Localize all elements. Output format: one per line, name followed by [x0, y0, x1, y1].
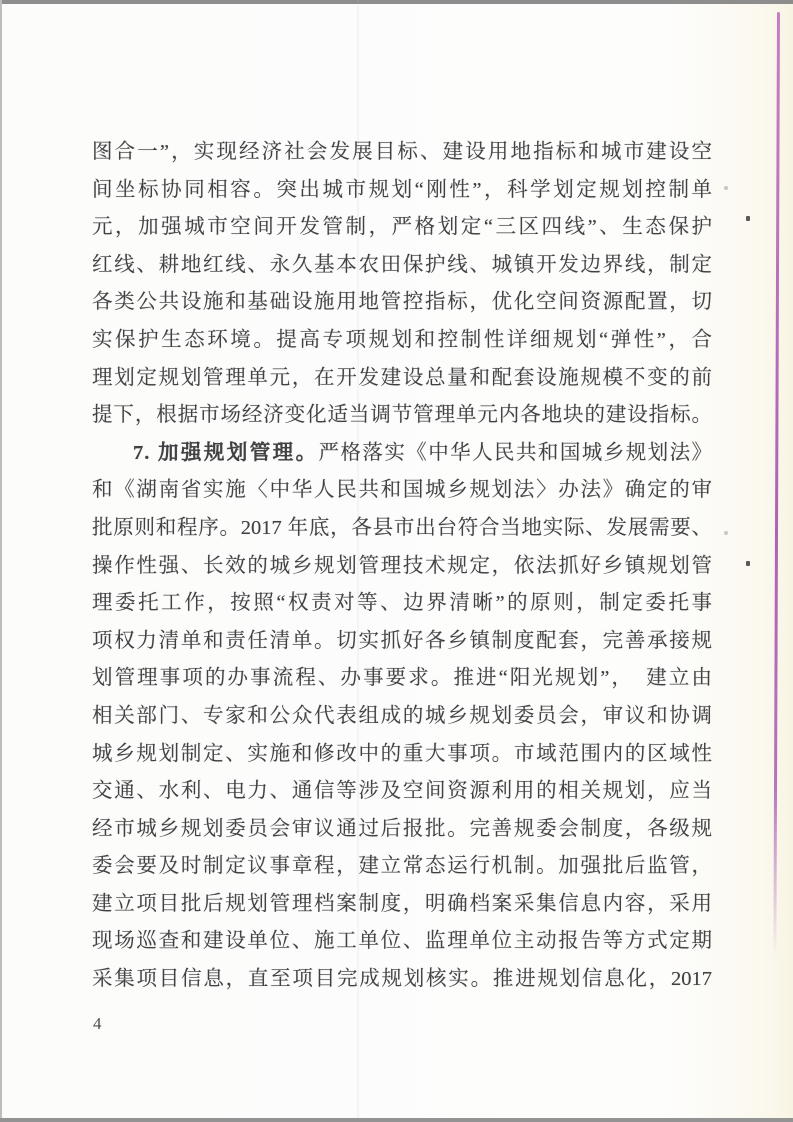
body-text-line: 实保护生态环境。提高专项规划和控制性详细规划“弹性”，合 [92, 322, 712, 360]
scanned-document-page: 图合一”，实现经济社会发展目标、建设用地指标和城市建设空 间坐标协同相容。突出城… [0, 0, 793, 1122]
body-text-line: 理划定规划管理单元，在开发建设总量和配套设施规模不变的前 [92, 360, 712, 398]
paragraph-2: 7. 加强规划管理。严格落实《中华人民共和国城乡规划法》 和《湖南省实施〈中华人… [92, 435, 712, 999]
body-text-line: 交通、水利、电力、通信等涉及空间资源利用的相关规划，应当 [92, 773, 712, 811]
ink-speck [746, 216, 750, 221]
ink-speck [724, 186, 728, 190]
scan-bottom-band [0, 1118, 793, 1122]
heading-line-rest: 严格落实《中华人民共和国城乡规划法》 [319, 442, 712, 464]
body-text-line: 委会要及时制定议事章程，建立常态运行机制。加强批后监管， [92, 848, 712, 886]
body-text-line: 现场巡查和建设单位、施工单位、监理单位主动报告等方式定期 [92, 923, 712, 961]
body-text-line: 经市城乡规划委员会审议通过后报批。完善规委会制度，各级规 [92, 811, 712, 849]
document-body: 图合一”，实现经济社会发展目标、建设用地指标和城市建设空 间坐标协同相容。突出城… [92, 134, 712, 999]
body-text-line: 图合一”，实现经济社会发展目标、建设用地指标和城市建设空 [92, 134, 712, 172]
body-text-line: 操作性强、长效的城乡规划管理技术规定，依法抓好乡镇规划管 [92, 548, 712, 586]
body-text-line: 项权力清单和责任清单。切实抓好各乡镇制度配套，完善承接规 [92, 623, 712, 661]
body-text-line: 城乡规划制定、实施和修改中的重大事项。市域范围内的区域性 [92, 736, 712, 774]
body-text-line: 各类公共设施和基础设施用地管控指标，优化空间资源配置，切 [92, 284, 712, 322]
scan-purple-edge-line [773, 12, 779, 956]
scan-top-band [0, 0, 793, 4]
body-text-line: 建立项目批后规划管理档案制度，明确档案采集信息内容，采用 [92, 886, 712, 924]
ink-speck [724, 531, 728, 535]
scan-left-edge [0, 0, 2, 1122]
body-text-line: 相关部门、专家和公众代表组成的城乡规划委员会，审议和协调 [92, 698, 712, 736]
body-text-line: 间坐标协同相容。突出城市规划“刚性”，科学划定规划控制单 [92, 172, 712, 210]
body-text-line: 元，加强城市空间开发管制，严格划定“三区四线”、生态保护 [92, 209, 712, 247]
body-text-line: 采集项目信息，直至项目完成规划核实。推进规划信息化，2017 [92, 961, 712, 999]
body-text-line: 和《湖南省实施〈中华人民共和国城乡规划法〉办法》确定的审 [92, 472, 712, 510]
item-7-heading: 7. 加强规划管理。 [133, 442, 319, 464]
paragraph-heading-line: 7. 加强规划管理。严格落实《中华人民共和国城乡规划法》 [92, 435, 712, 473]
body-text-line: 理委托工作，按照“权责对等、边界清晰”的原则，制定委托事 [92, 585, 712, 623]
ink-speck [746, 561, 750, 566]
paragraph-1: 图合一”，实现经济社会发展目标、建设用地指标和城市建设空 间坐标协同相容。突出城… [92, 134, 712, 435]
body-text-line: 批原则和程序。2017 年底，各县市出台符合当地实际、发展需要、 [92, 510, 712, 548]
page-number: 4 [93, 1014, 102, 1034]
body-text-line: 红线、耕地红线、永久基本农田保护线、城镇开发边界线，制定 [92, 247, 712, 285]
body-text-line: 划管理事项的办事流程、办事要求。推进“阳光规划”， 建立由 [92, 660, 712, 698]
body-text-line: 提下，根据市场经济变化适当调节管理单元内各地块的建设指标。 [92, 397, 712, 435]
